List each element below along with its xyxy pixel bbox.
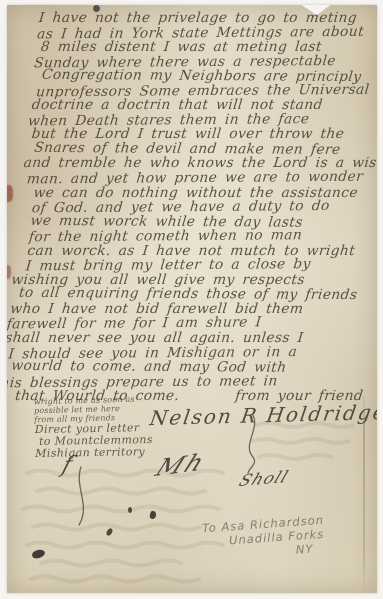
ink-speck [93,5,100,12]
red-stain [7,185,13,202]
pencil-address: To Asa Richardson Unadilla Forks NY [202,513,327,563]
ink-blot [128,507,132,513]
pencil-address-line: NY [295,541,326,557]
ink-flourish [7,5,377,593]
scan-background: I have not the privelage to go to meting… [0,0,383,599]
letter-page: I have not the privelage to go to meting… [7,5,377,593]
